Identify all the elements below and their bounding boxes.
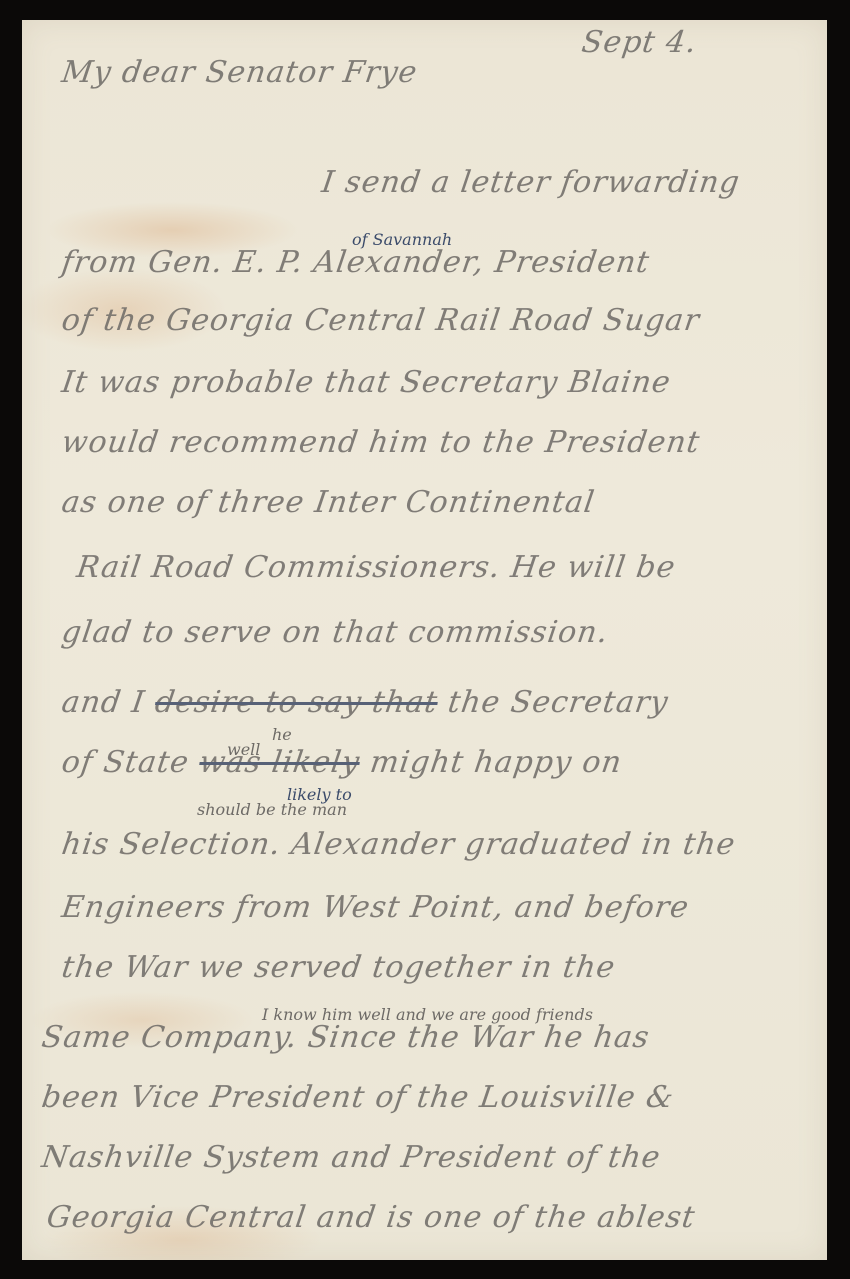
letter-line: would recommend him to the President [20, 425, 830, 460]
letter-line: his Selection. Alexander graduated in th… [20, 827, 830, 862]
letter-line: Engineers from West Point, and before [20, 890, 830, 925]
struck-text: was likely [197, 745, 362, 780]
line-suffix: the Secretary [446, 685, 671, 720]
letter-line-9: and I desire to say that the Secretary [20, 685, 830, 720]
letter-line: Georgia Central and is one of the ablest [20, 1200, 830, 1235]
letter-line: from Gen. E. P. Alexander, President [20, 245, 830, 280]
letter-line: been Vice President of the Louisville & [20, 1080, 830, 1115]
letter-line: It was probable that Secretary Blaine [20, 365, 830, 400]
line-prefix: and I [60, 685, 148, 720]
letter-line: I send a letter forwarding [20, 165, 830, 200]
letter-salutation: My dear Senator Frye [20, 55, 830, 90]
letter-line: glad to serve on that commission. [20, 615, 830, 650]
insertion-likely-to: likely to [287, 785, 352, 804]
letter-line: the War we served together in the [20, 950, 830, 985]
letter-line: Same Company. Since the War he has [20, 1020, 830, 1055]
letter-page: Sept 4. My dear Senator Frye I send a le… [22, 20, 827, 1260]
line-suffix: might happy on [368, 745, 625, 780]
letter-line: as one of three Inter Continental [20, 485, 830, 520]
letter-line: of the Georgia Central Rail Road Sugar [20, 303, 830, 338]
line-prefix: of State [60, 745, 192, 780]
letter-line: Rail Road Commissioners. He will be [20, 550, 830, 585]
struck-text: desire to say that [153, 685, 440, 720]
letter-line-10: of State was likely might happy on [20, 745, 830, 780]
letter-line: Nashville System and President of the [20, 1140, 830, 1175]
insertion-he: he [272, 725, 292, 744]
